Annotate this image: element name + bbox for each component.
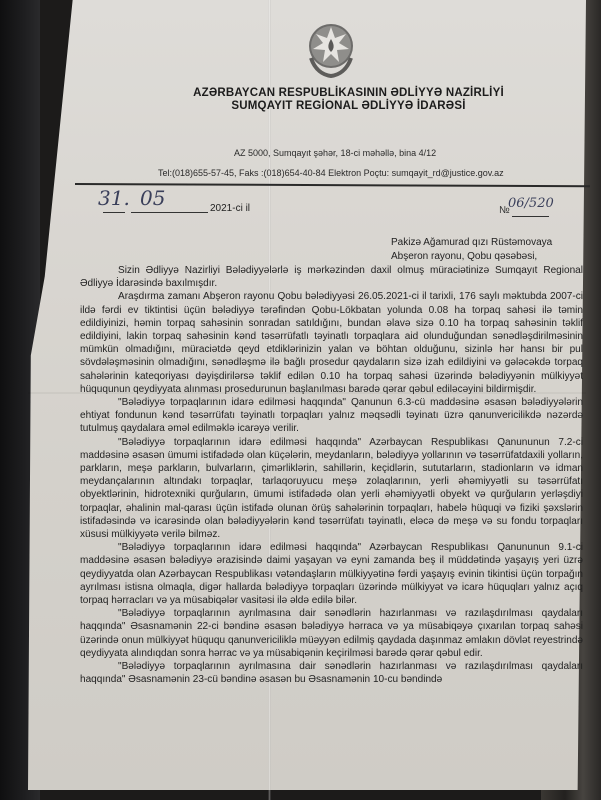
azerbaijan-state-emblem-icon <box>303 20 359 78</box>
date-year: 2021-ci il <box>210 203 250 214</box>
date-day-handwritten: 31. <box>98 186 130 210</box>
paragraph: "Bələdiyyə torpaqlarının ayrılmasına dai… <box>80 607 583 660</box>
office-address: AZ 5000, Sumqayıt şəhər, 18-ci məhəllə, … <box>234 148 436 158</box>
letter-body: Sizin Ədliyyə Nazirliyi Bələdiyyələrlə i… <box>80 264 583 687</box>
office-name: SUMQAYIT REGİONAL ƏDLİYYƏ İDARƏSİ <box>48 100 601 112</box>
date-month-handwritten: 05 <box>140 186 165 210</box>
recipient-address: Abşeron rayonu, Qobu qəsəbəsi, <box>391 251 537 262</box>
paragraph: "Bələdiyyə torpaqlarının idarə edilməsi … <box>80 436 583 542</box>
office-contacts: Tel:(018)655-57-45, Faks :(018)654-40-84… <box>158 168 504 178</box>
date-month-line <box>131 212 208 213</box>
paragraph: "Bələdiyyə torpaqlarının idarə edilməsi … <box>80 541 583 607</box>
paragraph: Araşdırma zamanı Abşeron rayonu Qobu bəl… <box>80 290 583 396</box>
recipient-name: Pakizə Ağamurad qızı Rüstəmovaya <box>391 237 552 248</box>
reference-number-line <box>512 216 549 217</box>
date-day-line <box>103 212 125 213</box>
paragraph: "Bələdiyyə torpaqlarının idarə edilməsi … <box>80 396 583 436</box>
reference-number-handwritten: 06/520 <box>508 196 554 211</box>
ministry-name: AZƏRBAYCAN RESPUBLİKASININ ƏDLİYYƏ NAZİR… <box>48 87 601 99</box>
paragraph: Sizin Ədliyyə Nazirliyi Bələdiyyələrlə i… <box>80 264 583 290</box>
paragraph: "Bələdiyyə torpaqlarının ayrılmasına dai… <box>80 660 583 686</box>
